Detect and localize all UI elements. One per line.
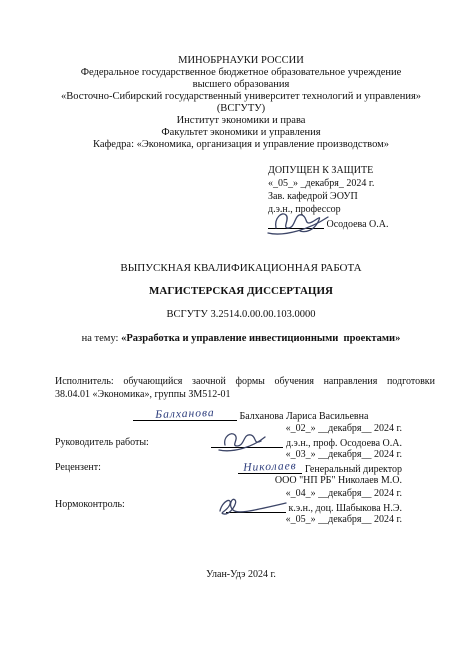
shabykova-signature-scribble-icon xyxy=(212,496,288,518)
header-line-faculty: Факультет экономики и управления xyxy=(45,127,437,139)
nikolaev-signature: Николаев xyxy=(238,460,302,475)
executor-date: «_02_» __декабря__ 2024 г. xyxy=(286,422,402,435)
osodoeva-signature-scribble-icon xyxy=(217,429,267,455)
executor-signature-line: Балханова xyxy=(133,408,237,421)
osodoeva-signature-scribble-icon xyxy=(264,208,330,238)
executor-paragraph: Исполнитель: обучающийся заочной формы о… xyxy=(55,375,435,401)
header-line-education: высшего образования xyxy=(45,79,437,91)
thesis-title-page: МИНОБРНАУКИ РОССИИ Федеральное государст… xyxy=(0,0,472,668)
header-line-institution: Федеральное государственное бюджетное об… xyxy=(45,67,437,79)
supervisor-label: Руководитель работы: xyxy=(55,436,149,449)
executor-name: Балханова Лариса Васильевна xyxy=(240,411,369,422)
approval-position: Зав. кафедрой ЭОУП xyxy=(268,190,389,203)
header-line-institute: Институт экономики и права xyxy=(45,115,437,127)
normcontrol-signature-line xyxy=(226,500,286,513)
header-line-ministry: МИНОБРНАУКИ РОССИИ xyxy=(45,55,437,67)
supervisor-signature-line xyxy=(211,435,283,448)
header-line-university: «Восточно-Сибирский государственный унив… xyxy=(45,91,437,103)
approval-signer-name: Осодоева О.А. xyxy=(327,219,389,230)
supervisor-date: «_03_» __декабря__ 2024 г. xyxy=(286,448,402,461)
normcontrol-date: «_05_» __декабря__ 2024 г. xyxy=(286,513,402,526)
topic-line: на тему: «Разработка и управление инвест… xyxy=(45,333,437,344)
executor-line-1: Исполнитель: обучающийся заочной формы о… xyxy=(55,375,435,388)
approval-signature-line xyxy=(268,216,324,229)
normcontrol-label: Нормоконтроль: xyxy=(55,498,125,511)
city-year-footer: Улан-Удэ 2024 г. xyxy=(45,569,437,580)
approval-signature-row: Осодоева О.А. xyxy=(268,216,389,231)
header-line-abbrev: (ВСГУТУ) xyxy=(45,103,437,115)
header-line-department: Кафедра: «Экономика, организация и управ… xyxy=(45,139,437,151)
reviewer-label: Рецензент: xyxy=(55,461,101,474)
document-code: ВСГУТУ 3.2514.0.00.00.103.0000 xyxy=(45,309,437,320)
approval-date: «_05_» _декабря_ 2024 г. xyxy=(268,177,389,190)
thesis-type-title: МАГИСТЕРСКАЯ ДИССЕРТАЦИЯ xyxy=(45,285,437,297)
ministry-header: МИНОБРНАУКИ РОССИИ Федеральное государст… xyxy=(45,55,437,151)
balkhanova-signature: Балханова xyxy=(133,406,237,423)
topic-title: «Разработка и управление инвестиционными… xyxy=(121,333,400,344)
approval-title: ДОПУЩЕН К ЗАЩИТЕ xyxy=(268,164,389,177)
topic-prefix: на тему: xyxy=(82,333,119,344)
approval-block: ДОПУЩЕН К ЗАЩИТЕ «_05_» _декабря_ 2024 г… xyxy=(268,164,389,231)
executor-line-2: 38.04.01 «Экономика», группы ЗМ512-01 xyxy=(55,388,435,401)
work-type-title: ВЫПУСКНАЯ КВАЛИФИКАЦИОННАЯ РАБОТА xyxy=(45,262,437,274)
executor-signature-row: Балханова Балханова Лариса Васильевна xyxy=(133,408,368,423)
reviewer-line-2: ООО "НП РБ" Николаев М.О. xyxy=(275,474,402,487)
reviewer-date: «_04_» __декабря__ 2024 г. xyxy=(286,487,402,500)
reviewer-signature-line: Николаев xyxy=(238,461,302,474)
